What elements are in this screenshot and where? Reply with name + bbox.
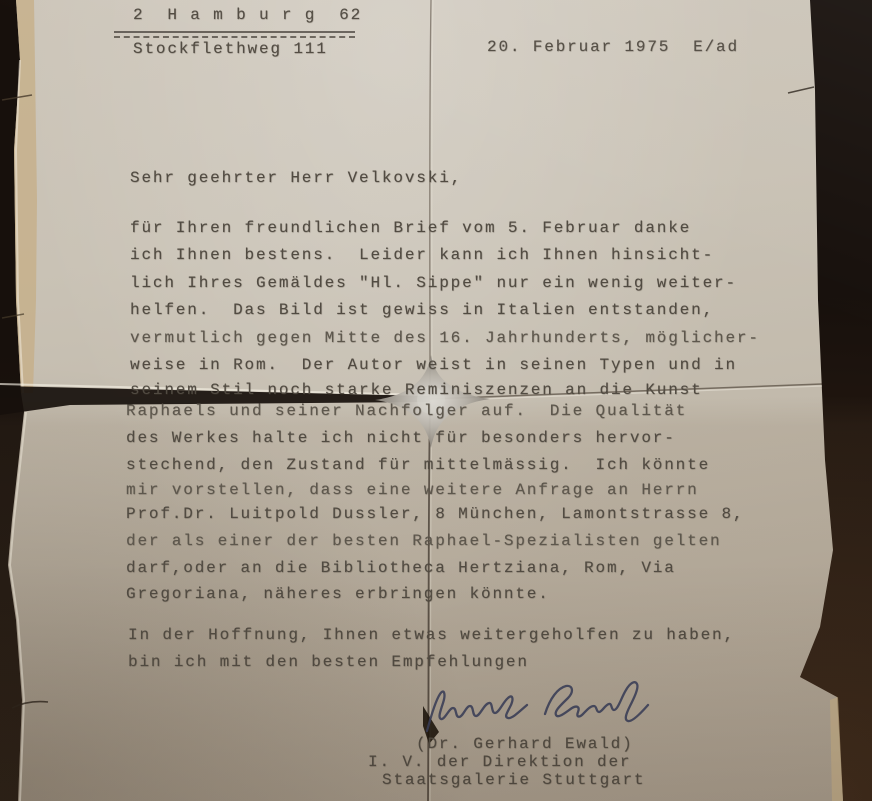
body-line: Raphaels und seiner Nachfolger auf. Die … bbox=[126, 402, 687, 420]
letter-paper bbox=[0, 0, 872, 801]
body-line: weise in Rom. Der Autor weist in seinen … bbox=[130, 356, 737, 374]
salutation: Sehr geehrter Herr Velkovski, bbox=[130, 169, 462, 187]
sender-street-line: Stockflethweg 111 bbox=[133, 40, 328, 58]
signer-role-line: I. V. der Direktion der bbox=[368, 753, 631, 771]
body-line: Gregoriana, näheres erbringen könnte. bbox=[126, 585, 550, 603]
body-line: der als einer der besten Raphael-Spezial… bbox=[126, 532, 721, 550]
body-line: lich Ihres Gemäldes "Hl. Sippe" nur ein … bbox=[130, 274, 737, 292]
body-line: darf,oder an die Bibliotheca Hertziana, … bbox=[126, 559, 676, 577]
body-line: ich Ihnen bestens. Leider kann ich Ihnen… bbox=[130, 246, 714, 264]
photographed-letter: 2 H a m b u r g 62 Stockflethweg 111 20.… bbox=[0, 0, 872, 801]
sender-city-underline bbox=[114, 31, 355, 38]
body-line: mir vorstellen, dass eine weitere Anfrag… bbox=[126, 481, 699, 499]
closing-line: In der Hoffnung, Ihnen etwas weitergehol… bbox=[128, 626, 735, 644]
body-line: stechend, den Zustand für mittelmässig. … bbox=[126, 456, 710, 474]
closing-line: bin ich mit den besten Empfehlungen bbox=[128, 653, 529, 671]
date-line: 20. Februar 1975 E/ad bbox=[487, 38, 739, 56]
body-line: helfen. Das Bild ist gewiss in Italien e… bbox=[130, 301, 714, 319]
signer-role-line: Staatsgalerie Stuttgart bbox=[382, 771, 645, 789]
body-line: seinem Stil noch starke Reminiszenzen an… bbox=[130, 381, 703, 399]
body-line: Prof.Dr. Luitpold Dussler, 8 München, La… bbox=[126, 505, 744, 523]
body-line: für Ihren freundlichen Brief vom 5. Febr… bbox=[130, 219, 691, 237]
sender-city-line: 2 H a m b u r g 62 bbox=[133, 6, 362, 24]
body-line: des Werkes halte ich nicht für besonders… bbox=[126, 429, 676, 447]
body-line: vermutlich gegen Mitte des 16. Jahrhunde… bbox=[130, 329, 760, 347]
signer-typed-name: (Dr. Gerhard Ewald) bbox=[416, 735, 634, 753]
